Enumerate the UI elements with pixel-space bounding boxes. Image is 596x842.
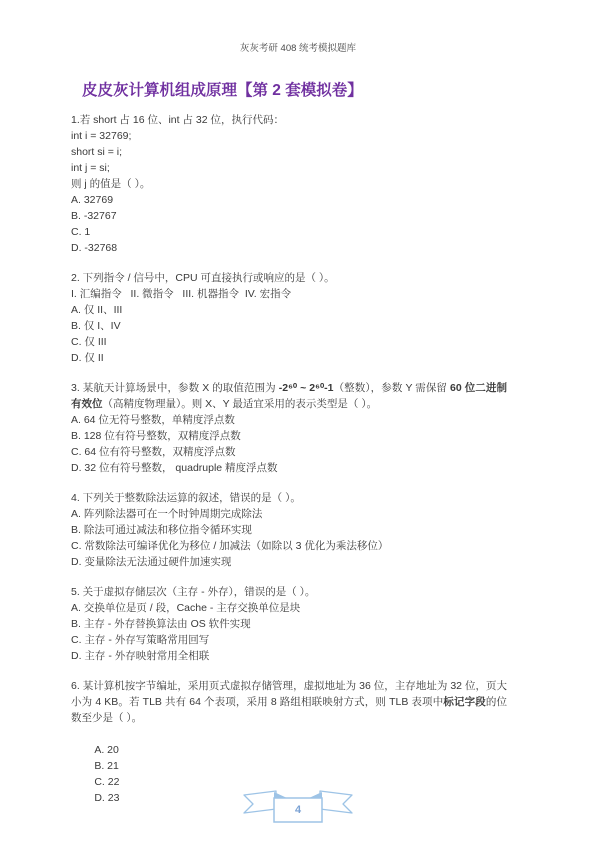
option-c: C. 仅 III [71, 334, 507, 350]
option-d: D. 32 位有符号整数， quadruple 精度浮点数 [71, 460, 507, 476]
question-1: 1.若 short 占 16 位、int 占 32 位，执行代码： int i … [71, 112, 507, 256]
option-b: B. 21 [94, 758, 119, 774]
stem-text: 6. 某计算机按字节编址，采用页式虚拟存储管理，虚拟地址为 36 位，主存地址为… [71, 680, 507, 708]
question-stem: 4. 下列关于整数除法运算的叙述，错误的是（ ）。 [71, 490, 507, 506]
question-stem: 5. 关于虚拟存储层次（主存 - 外存），错误的是（ ）。 [71, 584, 507, 600]
question-5: 5. 关于虚拟存储层次（主存 - 外存），错误的是（ ）。 A. 交换单位是页 … [71, 584, 507, 664]
code-line: short si = i; [71, 144, 507, 160]
question-stem: 1.若 short 占 16 位、int 占 32 位，执行代码： [71, 112, 507, 128]
question-2: 2. 下列指令 / 信号中，CPU 可直接执行或响应的是（ ）。 I. 汇编指令… [71, 270, 507, 366]
question-stem: 2. 下列指令 / 信号中，CPU 可直接执行或响应的是（ ）。 [71, 270, 507, 286]
option-c: C. 22 [94, 774, 119, 790]
option-c: C. 1 [71, 224, 507, 240]
stem-bold-range: -2⁶⁰ ~ 2⁶⁰-1 [279, 382, 334, 394]
option-a: A. 20 [94, 742, 119, 758]
option-b: B. 主存 - 外存替换算法由 OS 软件实现 [71, 616, 507, 632]
option-c: C. 主存 - 外存写策略常用回写 [71, 632, 507, 648]
question-stem: 3. 某航天计算场景中，参数 X 的取值范围为 -2⁶⁰ ~ 2⁶⁰-1（整数）… [71, 380, 507, 412]
stem-text: （整数），参数 Y 需保留 [334, 382, 451, 394]
question-stem: 6. 某计算机按字节编址，采用页式虚拟存储管理，虚拟地址为 36 位，主存地址为… [71, 678, 507, 726]
option-a: A. 阵列除法器可在一个时钟周期完成除法 [71, 506, 507, 522]
stem-text: 3. 某航天计算场景中，参数 X 的取值范围为 [71, 382, 279, 394]
doc-title: 皮皮灰计算机组成原理【第 2 套模拟卷】 [82, 78, 363, 100]
question-3: 3. 某航天计算场景中，参数 X 的取值范围为 -2⁶⁰ ~ 2⁶⁰-1（整数）… [71, 380, 507, 476]
option-d: D. 主存 - 外存映射常用全相联 [71, 648, 507, 664]
page-header: 灰灰考研 408 统考模拟题库 [0, 40, 596, 54]
option-d: D. -32768 [71, 240, 507, 256]
option-d: D. 变量除法无法通过硬件加速实现 [71, 554, 507, 570]
document-page: 灰灰考研 408 统考模拟题库 皮皮灰计算机组成原理【第 2 套模拟卷】 1.若… [0, 0, 596, 842]
page-number: 4 [274, 799, 322, 822]
stem-bold-tag-field: 标记字段 [443, 696, 486, 708]
option-b: B. 128 位有符号整数，双精度浮点数 [71, 428, 507, 444]
option-a: A. 交换单位是页 / 段，Cache - 主存交换单位是块 [71, 600, 507, 616]
code-line: int j = si; [71, 160, 507, 176]
option-d: D. 23 [94, 790, 119, 806]
option-d: D. 仅 II [71, 350, 507, 366]
code-line: int i = 32769; [71, 128, 507, 144]
question-stem-tail: 则 j 的值是（ ）。 [71, 176, 507, 192]
option-c: C. 64 位有符号整数，双精度浮点数 [71, 444, 507, 460]
option-c: C. 常数除法可编译优化为移位 / 加减法（如除以 3 优化为乘法移位） [71, 538, 507, 554]
roman-items-line: I. 汇编指令 II. 微指令 III. 机器指令 IV. 宏指令 [71, 286, 507, 302]
question-4: 4. 下列关于整数除法运算的叙述，错误的是（ ）。 A. 阵列除法器可在一个时钟… [71, 490, 507, 570]
option-b: B. 仅 I、IV [71, 318, 507, 334]
option-a: A. 64 位无符号整数，单精度浮点数 [71, 412, 507, 428]
option-a: A. 仅 II、III [71, 302, 507, 318]
page-number-ribbon: 4 [242, 786, 354, 826]
option-b: B. -32767 [71, 208, 507, 224]
option-a: A. 32769 [71, 192, 507, 208]
option-b: B. 除法可通过减法和移位指令循环实现 [71, 522, 507, 538]
question-list: 1.若 short 占 16 位、int 占 32 位，执行代码： int i … [71, 112, 507, 836]
stem-text: （高精度物理量）。则 X、Y 最适宜采用的表示类型是（ ）。 [103, 398, 378, 410]
